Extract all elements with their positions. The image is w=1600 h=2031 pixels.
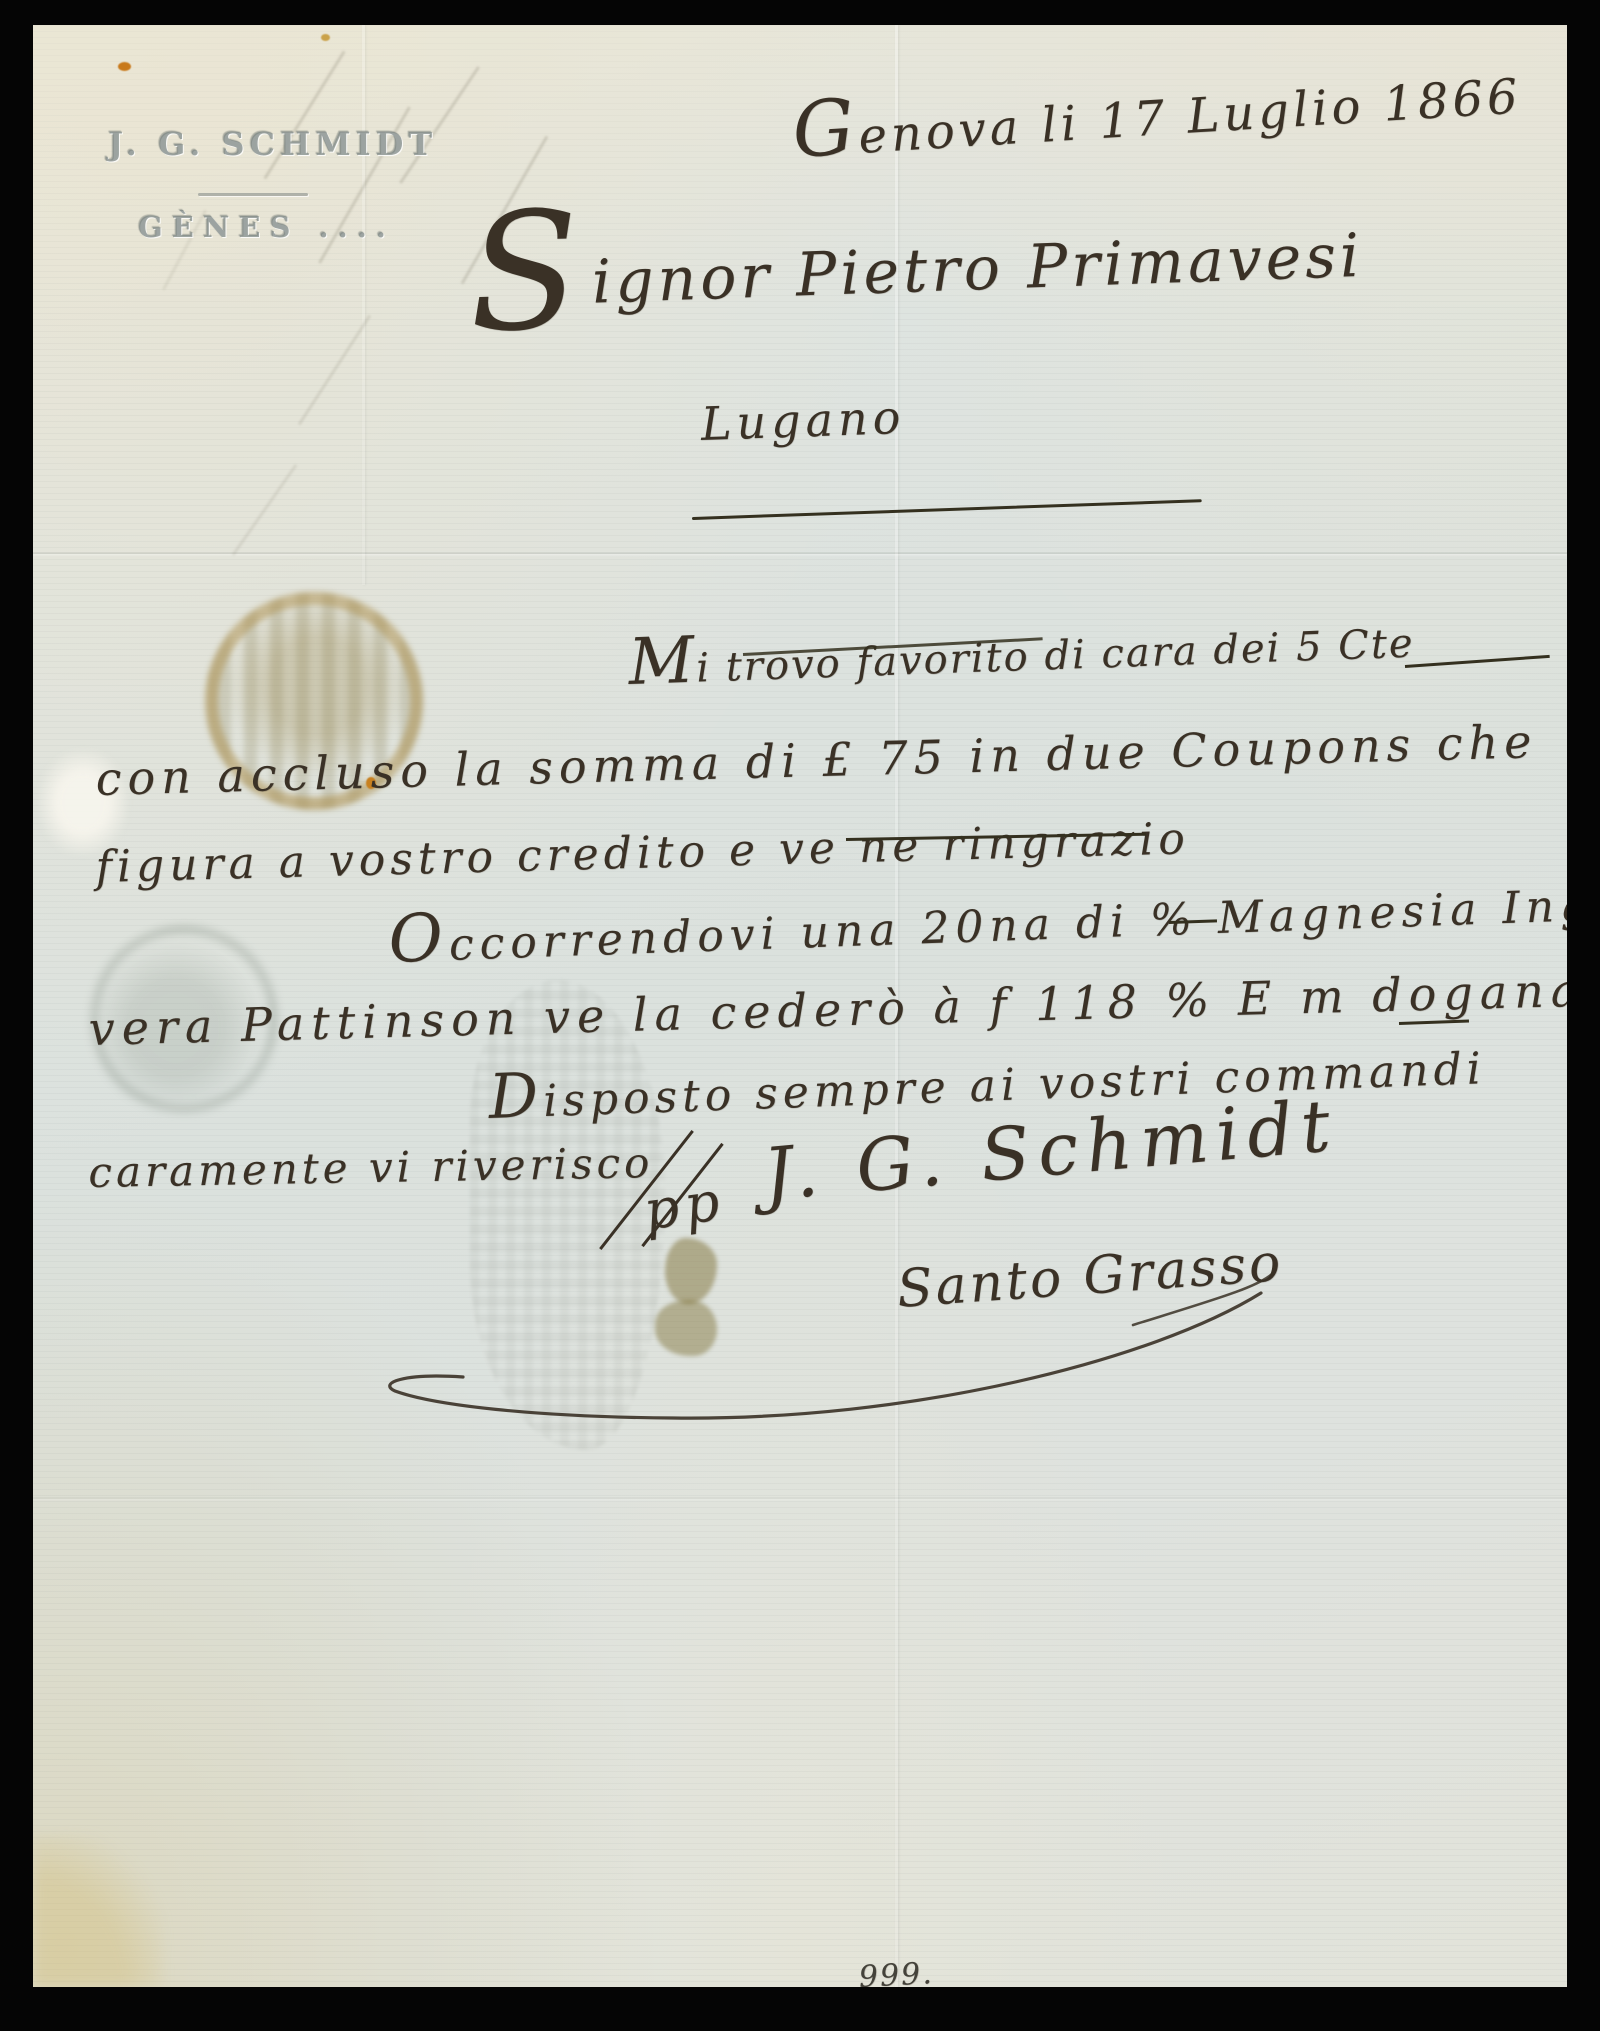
ghost-stroke	[298, 315, 371, 426]
recipient-city: Lugano	[700, 390, 906, 451]
ghost-stroke	[232, 464, 298, 556]
signature-signer: Santo Grasso	[895, 1233, 1285, 1320]
body-line: caramente vi riverisco	[88, 1138, 654, 1197]
body-line: vera Pattinson ve la cederò à f 118 % E …	[88, 963, 1567, 1056]
corner-discoloration	[33, 1835, 163, 1987]
body-line: Occorrendovi una 20na di % Magnesia Ingl…	[388, 878, 1567, 973]
olive-smudge	[665, 1238, 717, 1304]
olive-smudge	[655, 1300, 717, 1356]
horizontal-fold-crease	[33, 1497, 1567, 1499]
bleed-through-patch	[470, 980, 665, 1450]
letterhead-rule	[198, 193, 308, 196]
ink-stroke	[1405, 655, 1550, 668]
orange-speck	[118, 62, 131, 71]
scanned-letter-photo: J. G. SCHMIDT GÈNES .... Genova li 17 Lu…	[0, 0, 1600, 2031]
address-underline-rule	[692, 499, 1202, 520]
vertical-fold-crease	[362, 25, 365, 585]
body-line: figura a vostro credito e ve ne ringrazi…	[95, 813, 1190, 893]
body-line: Mi trovo favorito di cara dei 5 Cte	[628, 621, 1415, 694]
orange-speck	[321, 34, 330, 41]
letterhead-city: GÈNES ....	[138, 210, 395, 244]
page-number: 999.	[858, 1956, 935, 1987]
letterhead-company: J. G. SCHMIDT	[108, 125, 437, 163]
letter-paper: J. G. SCHMIDT GÈNES .... Genova li 17 Lu…	[33, 25, 1567, 1987]
horizontal-fold-crease	[33, 552, 1567, 554]
